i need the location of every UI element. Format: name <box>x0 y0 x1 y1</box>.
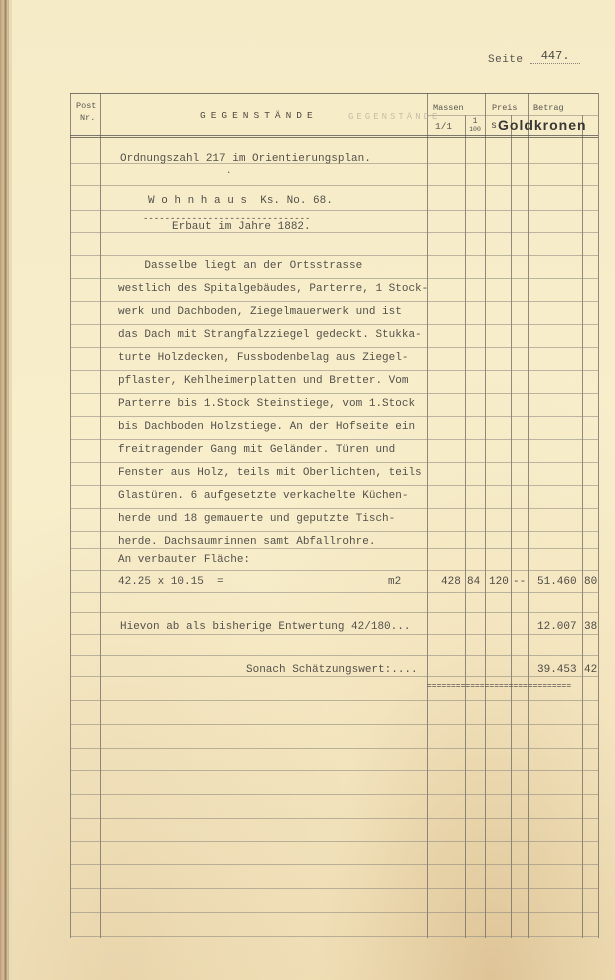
page-number-value: 447. <box>530 49 580 64</box>
ruled-line <box>70 416 598 417</box>
area-unit: m2 <box>388 576 401 588</box>
grid-line-betrag-dec-col <box>582 115 583 938</box>
description-line-3: werk und Dachboden, Ziegelmauerwerk und … <box>118 306 402 318</box>
total-label: Sonach Schätzungswert:.... <box>246 664 418 676</box>
ruled-line <box>70 724 598 725</box>
area-label: An verbauter Fläche: <box>118 554 250 566</box>
total-dec: 42 <box>584 664 597 676</box>
grid-line-massen-frac-col <box>465 115 466 938</box>
ruled-line <box>70 278 598 279</box>
building-title: W o h n h a u s Ks. No. 68. <box>148 195 333 207</box>
price-dec: -- <box>513 576 526 588</box>
description-line-10: Fenster aus Holz, teils mit Oberlichten,… <box>118 467 422 479</box>
description-line-2: westlich des Spitalgebäudes, Parterre, 1… <box>118 283 428 295</box>
grid-line-left-border <box>70 93 71 938</box>
ruled-line <box>70 347 598 348</box>
ruled-line <box>70 324 598 325</box>
ruled-line <box>70 508 598 509</box>
betrag-header: Betrag <box>533 103 564 113</box>
deduction-dec: 38 <box>584 621 597 633</box>
grid-line-header-bottom <box>70 135 598 136</box>
document-page: Seite 447. Post Nr. GEGENSTÄNDE GEGENSTÄ… <box>0 0 615 980</box>
ruled-line <box>70 936 598 937</box>
page-number: Seite 447. <box>488 52 580 67</box>
ruled-line <box>70 210 598 211</box>
ruled-line <box>70 393 598 394</box>
ruled-line <box>70 748 598 749</box>
ruled-line <box>70 370 598 371</box>
ruled-line <box>70 592 598 593</box>
massen-fraction-header: 1 100 <box>466 118 484 134</box>
description-line-1: Dasselbe liegt an der Ortsstrasse <box>118 260 362 272</box>
ruled-line <box>70 888 598 889</box>
currency-stamp-goldkronen: Goldkronen <box>498 117 587 133</box>
ruled-line <box>70 301 598 302</box>
ruled-line <box>70 794 598 795</box>
ruled-line <box>70 841 598 842</box>
ruled-line <box>70 770 598 771</box>
price-int: 120 <box>489 576 509 588</box>
built-year: Erbaut im Jahre 1882. <box>172 221 311 233</box>
gegenstaende-header: GEGENSTÄNDE <box>200 110 318 121</box>
area-value-dec: 84 <box>467 576 480 588</box>
grid-line-preis-dec-col <box>511 115 512 938</box>
massen-fraction-numerator: 1 <box>466 118 484 126</box>
description-line-8: bis Dachboden Holzstiege. An der Hofseit… <box>118 421 415 433</box>
grid-line-header-top <box>70 93 598 94</box>
massen-fraction-denominator: 100 <box>466 126 484 134</box>
description-line-5: turte Holzdecken, Fussbodenbelag aus Zie… <box>118 352 408 364</box>
ruled-line <box>70 255 598 256</box>
description-line-13: herde. Dachsaumrinnen samt Abfallrohre. <box>118 536 375 548</box>
grid-line-right-border <box>598 93 599 938</box>
description-line-9: freitragender Gang mit Geländer. Türen u… <box>118 444 395 456</box>
area-formula: 42.25 x 10.15 = <box>118 576 224 588</box>
post-nr-header-line2: Nr. <box>80 113 95 123</box>
description-line-12: herde und 18 gemauerte und geputzte Tisc… <box>118 513 395 525</box>
post-nr-header-line1: Post <box>76 101 96 111</box>
grid-line-header-bottom-2 <box>70 137 598 138</box>
amount-dec: 80 <box>584 576 597 588</box>
ruled-line <box>70 864 598 865</box>
description-line-11: Glastüren. 6 aufgesetzte verkachelte Küc… <box>118 490 408 502</box>
book-binding-fold <box>8 0 12 980</box>
grid-line-post-col <box>100 93 101 938</box>
massen-unit-header: 1/1 <box>435 121 452 132</box>
grid-line-header-sub <box>427 115 598 116</box>
total-int: 39.453 <box>537 664 577 676</box>
total-double-underline: ============================== <box>427 682 571 691</box>
massen-header: Massen <box>433 103 464 113</box>
ruled-line <box>70 655 598 656</box>
ruled-line <box>70 439 598 440</box>
description-line-7: Parterre bis 1.Stock Steinstiege, vom 1.… <box>118 398 415 410</box>
ghost-show-through-text: GEGENSTÄNDE <box>348 112 440 122</box>
deduction-label: Hievon ab als bisherige Entwertung 42/18… <box>120 621 410 633</box>
ruled-line <box>70 700 598 701</box>
ruled-line <box>70 531 598 532</box>
preis-header: Preis <box>492 103 518 113</box>
ruled-line <box>70 185 598 186</box>
stray-dot: · <box>226 168 231 178</box>
grid-line-betrag-col <box>528 93 529 938</box>
grid-line-preis-col <box>485 93 486 938</box>
grid-line-massen-col <box>427 93 428 938</box>
ruled-line <box>70 462 598 463</box>
deduction-int: 12.007 <box>537 621 577 633</box>
ruled-line <box>70 232 598 233</box>
ruled-line <box>70 570 598 571</box>
ruled-line <box>70 548 598 549</box>
ordnungszahl-line: Ordnungszahl 217 im Orientierungsplan. <box>120 153 371 165</box>
ruled-line <box>70 676 598 677</box>
ruled-line <box>70 485 598 486</box>
currency-stamp-prefix: s <box>491 121 497 132</box>
description-line-4: das Dach mit Strangfalzziegel gedeckt. S… <box>118 329 422 341</box>
area-value-int: 428 <box>441 576 461 588</box>
ruled-line <box>70 612 598 613</box>
book-binding-edge <box>0 0 8 980</box>
description-line-6: pflaster, Kehlheimerplatten und Bretter.… <box>118 375 408 387</box>
ruled-line <box>70 912 598 913</box>
page-number-label: Seite <box>488 54 524 66</box>
ruled-line <box>70 634 598 635</box>
ruled-line <box>70 818 598 819</box>
amount-int: 51.460 <box>537 576 577 588</box>
